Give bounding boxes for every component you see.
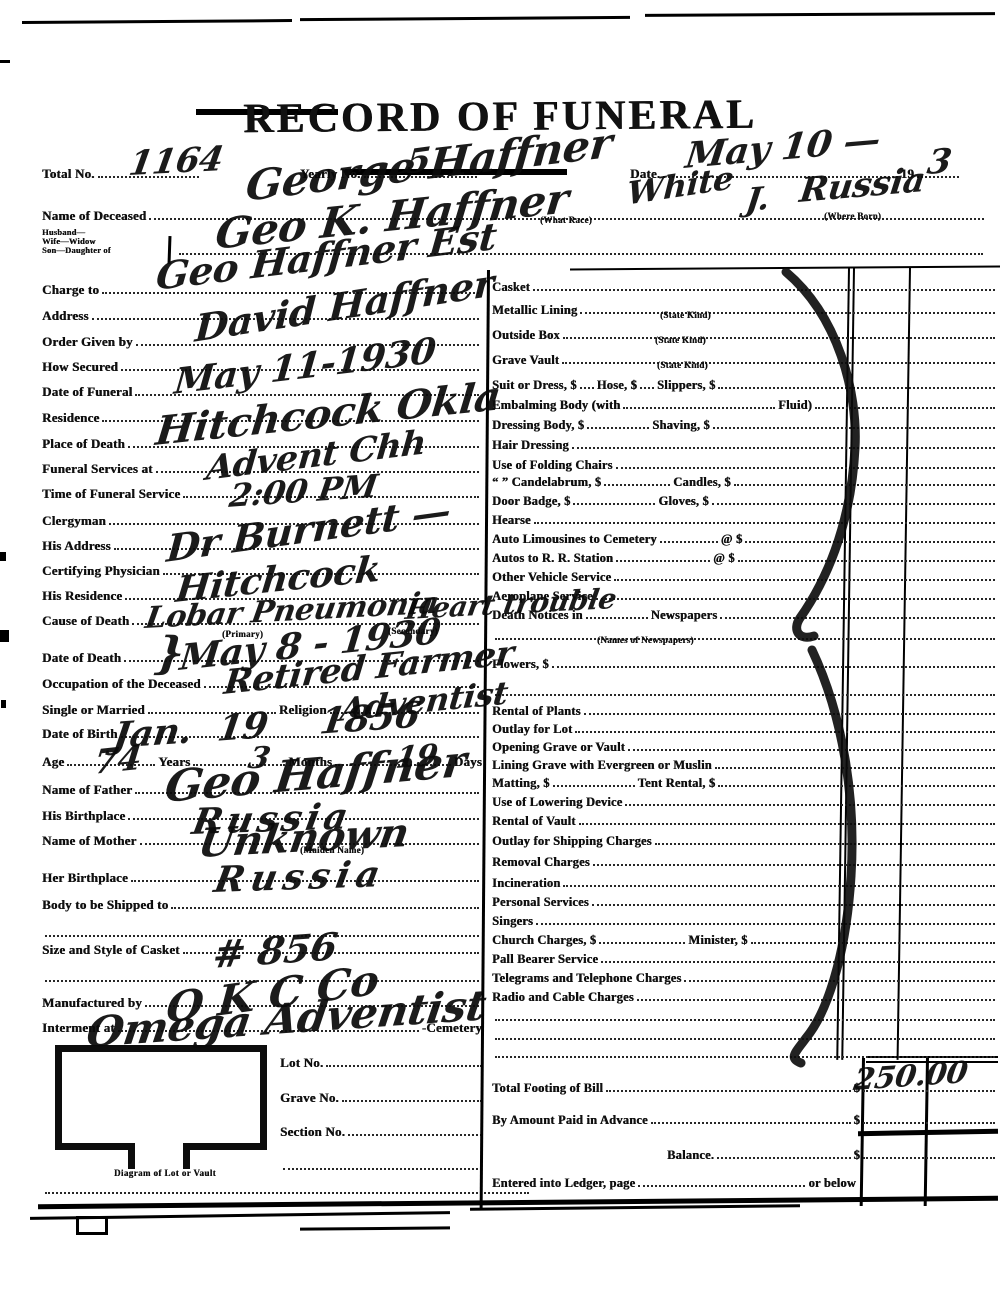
field-label: Address — [42, 309, 89, 322]
field-label: Dressing Body, $ — [492, 419, 584, 432]
scan-artifact — [470, 1204, 800, 1210]
balance-row: Balance. $ — [492, 1141, 998, 1161]
field-row: Singers — [492, 907, 998, 927]
ledger-row: Entered into Ledger, page or below — [492, 1169, 856, 1189]
dotted-line — [572, 444, 995, 449]
born-sublabel: (Where Born) — [824, 212, 881, 221]
field-row: Personal Services — [492, 888, 998, 908]
dotted-line — [596, 595, 995, 600]
field-row: Auto Limousines to Cemetery @ $ — [492, 525, 998, 545]
dotted-line — [593, 861, 995, 866]
state-kind-sublabel: (State Kind) — [655, 336, 706, 345]
field-label: Certifying Physician — [42, 564, 160, 577]
field-row — [492, 622, 998, 642]
dotted-line — [599, 939, 685, 944]
field-row — [492, 1003, 998, 1023]
dotted-line — [495, 635, 995, 640]
field-row — [492, 1040, 998, 1060]
field-label: Place of Death — [42, 437, 125, 450]
field-label: Outlay for Shipping Charges — [492, 835, 652, 848]
field-label: Radio and Cable Charges — [492, 991, 634, 1004]
field-label: Order Given by — [42, 335, 133, 348]
field-label: Section No. — [280, 1125, 345, 1138]
dotted-line — [713, 424, 995, 429]
handwritten-entry: 250.00 — [852, 1058, 969, 1096]
field-row: Lining Grave with Evergreen or Muslin — [492, 751, 998, 771]
dotted-line — [625, 801, 995, 806]
scan-artifact — [0, 60, 10, 63]
dotted-line — [712, 500, 995, 505]
scan-artifact — [645, 12, 995, 16]
dollar-sign: $ — [854, 1149, 860, 1162]
dotted-line — [655, 840, 995, 845]
dotted-line — [534, 519, 995, 524]
field-row: Dressing Body, $ Shaving, $ — [492, 411, 998, 431]
dotted-line — [606, 1087, 851, 1092]
field-label: Name of Father — [42, 783, 132, 796]
dotted-line — [623, 404, 775, 409]
field-row: Suit or Dress, $ Hose, $ Slippers, $ — [492, 371, 998, 391]
field-label: His Residence — [42, 589, 122, 602]
field-label: Outside Box — [492, 329, 560, 342]
dotted-line — [587, 424, 649, 429]
field-label: Grave Vault — [492, 354, 559, 367]
dotted-line — [536, 920, 995, 925]
handwritten-entry: J. — [744, 182, 771, 216]
field-label: Suit or Dress, $ — [492, 379, 577, 392]
newspapers-sublabel: (Names of Newspapers) — [597, 636, 694, 645]
field-row: Hearse — [492, 506, 998, 526]
dotted-line — [604, 481, 670, 486]
dotted-line — [553, 782, 635, 787]
dotted-line — [640, 384, 654, 389]
field-row: Rental of Vault — [492, 807, 998, 827]
field-row: Metallic Lining — [492, 296, 998, 316]
field-row: Hair Dressing — [492, 431, 998, 451]
scan-artifact — [22, 19, 292, 23]
dotted-line — [718, 384, 995, 389]
field-label: Age — [42, 755, 64, 768]
field-label: Date of Funeral — [42, 385, 132, 398]
dotted-line — [863, 1119, 995, 1124]
handwritten-entry: 74 — [92, 741, 143, 780]
handwritten-entry: Russia — [212, 856, 389, 898]
field-label: Newspapers — [651, 609, 718, 622]
dotted-line — [580, 384, 594, 389]
field-row: Incineration — [492, 869, 998, 889]
field-row: Grave Vault — [492, 346, 998, 366]
dotted-line — [738, 557, 995, 562]
dotted-line — [616, 557, 710, 562]
dotted-line — [720, 614, 995, 619]
dotted-line — [718, 782, 995, 787]
dotted-line — [563, 882, 995, 887]
field-label: Balance. — [667, 1149, 714, 1162]
field-row: Removal Charges — [492, 848, 998, 868]
field-label: Date of Death — [42, 651, 121, 664]
field-label: Charge to — [42, 283, 99, 296]
dotted-line — [495, 1016, 995, 1021]
dotted-line — [580, 309, 995, 314]
field-row: Flowers, $ — [492, 650, 998, 670]
field-label: Name of Deceased — [42, 209, 146, 222]
field-row: Outside Box — [492, 321, 998, 341]
field-label: Time of Funeral Service — [42, 487, 180, 500]
field-label: Total Footing of Bill — [492, 1082, 603, 1095]
scan-artifact — [300, 16, 630, 21]
field-label: Entered into Ledger, page — [492, 1177, 635, 1190]
scan-artifact — [0, 630, 9, 642]
scan-artifact — [300, 1226, 450, 1230]
field-label: Rental of Vault — [492, 815, 576, 828]
dotted-line — [651, 1119, 851, 1124]
field-label: Body to be Shipped to — [42, 898, 168, 911]
dotted-line — [562, 359, 995, 364]
field-row: Outlay for Shipping Charges — [492, 827, 998, 847]
dotted-line — [717, 1154, 850, 1159]
field-label: Cause of Death — [42, 614, 129, 627]
field-row: Lot No. — [280, 1049, 485, 1069]
handwritten-entry: 1164 — [127, 142, 226, 181]
field-row: Use of Lowering Device — [492, 788, 998, 808]
field-label: Casket — [492, 281, 530, 294]
field-label: Her Birthplace — [42, 871, 128, 884]
dotted-line — [45, 1189, 529, 1194]
dotted-line — [348, 1131, 482, 1136]
dotted-line — [660, 538, 718, 543]
field-row: Outlay for Lot — [492, 715, 998, 735]
field-label: Metallic Lining — [492, 304, 577, 317]
dotted-line — [637, 996, 995, 1001]
field-label: Hose, $ — [597, 379, 637, 392]
dotted-line — [579, 820, 995, 825]
field-row: Matting, $ Tent Rental, $ — [492, 769, 998, 789]
field-label: His Birthplace — [42, 809, 125, 822]
field-row: Opening Grave or Vault — [492, 733, 998, 753]
handwritten-entry: Russia — [798, 163, 927, 208]
field-row: Pall Bearer Service — [492, 945, 998, 965]
dotted-line — [592, 901, 995, 906]
dotted-line — [171, 904, 479, 909]
field-label: Date of Birth — [42, 727, 118, 740]
field-row: Autos to R. R. Station @ $ — [492, 544, 998, 564]
field-label: Removal Charges — [492, 856, 590, 869]
field-label: Clergyman — [42, 514, 106, 527]
dotted-line — [495, 1053, 995, 1058]
dotted-line — [495, 691, 995, 696]
field-row: Church Charges, $ Minister, $ — [492, 926, 998, 946]
dotted-line — [552, 663, 995, 668]
field-label: Size and Style of Casket — [42, 943, 180, 956]
totals-heavy-rule — [858, 1129, 998, 1136]
field-label: Shaving, $ — [652, 419, 710, 432]
field-label: Residence — [42, 411, 99, 424]
scanned-funeral-record: RECORD OF FUNERAL Total No. Yearly No. D… — [0, 0, 1000, 1306]
field-label: Funeral Services at — [42, 462, 153, 475]
field-row: Embalming Body (with Fluid) — [492, 391, 998, 411]
lot-diagram — [55, 1045, 267, 1176]
panel-top-border — [570, 265, 1000, 270]
dotted-line — [601, 958, 995, 963]
field-row: Grave No. — [280, 1084, 485, 1104]
field-row: “ ” Candelabrum, $ Candles, $ — [492, 468, 998, 488]
dotted-line — [573, 500, 655, 505]
field-row — [492, 678, 998, 698]
field-label: Hair Dressing — [492, 439, 569, 452]
field-label: Fluid) — [778, 399, 812, 412]
dotted-line — [283, 1165, 482, 1170]
dotted-line — [638, 1182, 805, 1187]
field-row: Radio and Cable Charges — [492, 983, 998, 1003]
dotted-line — [734, 481, 995, 486]
field-label: Lot No. — [280, 1056, 323, 1069]
field-label: Total No. — [42, 167, 95, 180]
field-label: Name of Mother — [42, 834, 137, 847]
field-label: By Amount Paid in Advance — [492, 1114, 648, 1127]
field-label: Embalming Body (with — [492, 399, 620, 412]
dotted-line — [326, 1062, 482, 1067]
field-row — [42, 1176, 532, 1196]
dollar-sign: $ — [854, 1114, 860, 1127]
dotted-line — [533, 286, 995, 291]
scan-artifact — [0, 552, 6, 561]
dotted-line — [751, 939, 995, 944]
spacer — [492, 1160, 667, 1161]
dotted-line — [815, 404, 995, 409]
scan-artifact — [1, 700, 6, 708]
scan-artifact — [76, 1216, 108, 1235]
dotted-line — [342, 1097, 482, 1102]
field-label: or below — [808, 1177, 856, 1190]
field-label: Slippers, $ — [657, 379, 715, 392]
dotted-line — [684, 977, 995, 982]
state-kind-sublabel: (State Kind) — [657, 361, 708, 370]
amount-paid-row: By Amount Paid in Advance $ — [492, 1106, 998, 1126]
field-row: Rental of Plants — [492, 697, 998, 717]
field-row: Other Vehicle Service — [492, 563, 998, 583]
field-row — [492, 1022, 998, 1042]
field-row — [280, 1152, 485, 1172]
field-row: Casket — [492, 273, 998, 293]
dotted-line — [614, 576, 995, 581]
field-row: Telegrams and Telephone Charges — [492, 964, 998, 984]
state-kind-sublabel: (State Kind) — [660, 311, 711, 320]
field-label: How Secured — [42, 360, 118, 373]
dotted-line — [863, 1154, 995, 1159]
dotted-line — [563, 334, 995, 339]
field-row: Door Badge, $ Gloves, $ — [492, 487, 998, 507]
field-label: His Address — [42, 539, 111, 552]
field-row: Section No. — [280, 1118, 485, 1138]
dotted-line — [745, 538, 995, 543]
relation-label: Son—Daughter of — [42, 246, 111, 255]
field-label: Grave No. — [280, 1091, 339, 1104]
